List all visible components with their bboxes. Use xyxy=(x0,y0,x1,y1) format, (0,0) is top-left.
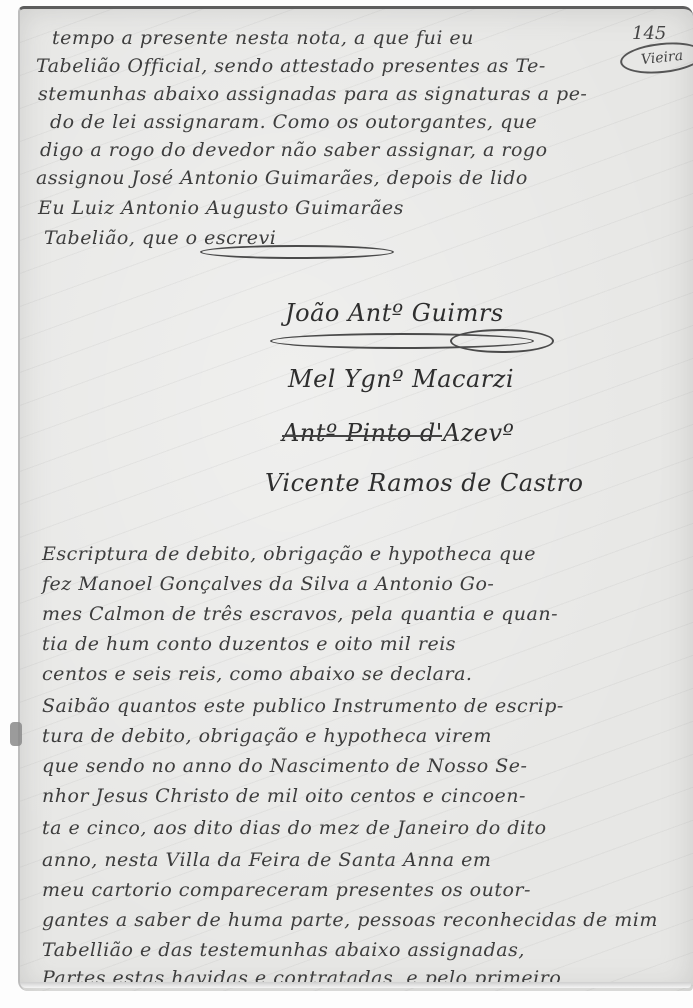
signature: João Antº Guimrs xyxy=(285,299,504,327)
signature: Vicente Ramos de Castro xyxy=(265,469,584,497)
signature: Antº Pinto d'Azevº xyxy=(282,419,514,447)
binding-clip xyxy=(10,722,22,746)
heading-line: mes Calmon de três escravos, pela quanti… xyxy=(42,603,558,625)
text-line: do de lei assignaram. Como os outorgante… xyxy=(50,111,537,133)
text-line: nhor Jesus Christo de mil oito centos e … xyxy=(42,785,526,807)
text-line: Saibão quantos este publico Instrumento … xyxy=(42,695,564,717)
heading-line: tia de hum conto duzentos e oito mil rei… xyxy=(42,633,456,655)
text-line: tempo a presente nesta nota, a que fui e… xyxy=(52,27,474,49)
text-line: gantes a saber de huma parte, pessoas re… xyxy=(42,909,658,931)
text-line: tura de debito, obrigação e hypotheca vi… xyxy=(42,725,492,747)
text-line: assignou José Antonio Guimarães, depois … xyxy=(36,167,528,189)
text-line: Eu Luiz Antonio Augusto Guimarães xyxy=(38,197,404,219)
text-line: ta e cinco, aos dito dias do mez de Jane… xyxy=(42,817,547,839)
text-line: digo a rogo do devedor não saber assigna… xyxy=(40,139,548,161)
flourish xyxy=(200,245,394,259)
text-line: Tabellião e das testemunhas abaixo assig… xyxy=(42,939,525,961)
strike-line xyxy=(282,435,442,437)
text-line: stemunhas abaixo assignadas para as sign… xyxy=(38,83,587,105)
heading-line: centos e seis reis, como abaixo se decla… xyxy=(42,663,472,685)
scanned-manuscript: 145 Vieira tempo a presente nesta nota, … xyxy=(0,0,693,1008)
folio-rubric: Vieira xyxy=(619,39,693,78)
folio-number: 145 xyxy=(632,23,666,44)
heading-line: Escriptura de debito, obrigação e hypoth… xyxy=(42,543,536,565)
manuscript-page: 145 Vieira tempo a presente nesta nota, … xyxy=(18,6,693,991)
text-line: Tabelião Official, sendo attestado prese… xyxy=(36,55,546,77)
signature: Mel Ygnº Macarzi xyxy=(288,365,514,393)
text-line: que sendo no anno do Nascimento de Nosso… xyxy=(42,755,527,777)
signature-flourish xyxy=(450,329,554,353)
text-line: meu cartorio compareceram presentes os o… xyxy=(42,879,531,901)
heading-line: fez Manoel Gonçalves da Silva a Antonio … xyxy=(42,573,494,595)
text-line: anno, nesta Villa da Feira de Santa Anna… xyxy=(42,849,491,871)
page-bottom-edge xyxy=(20,982,691,988)
